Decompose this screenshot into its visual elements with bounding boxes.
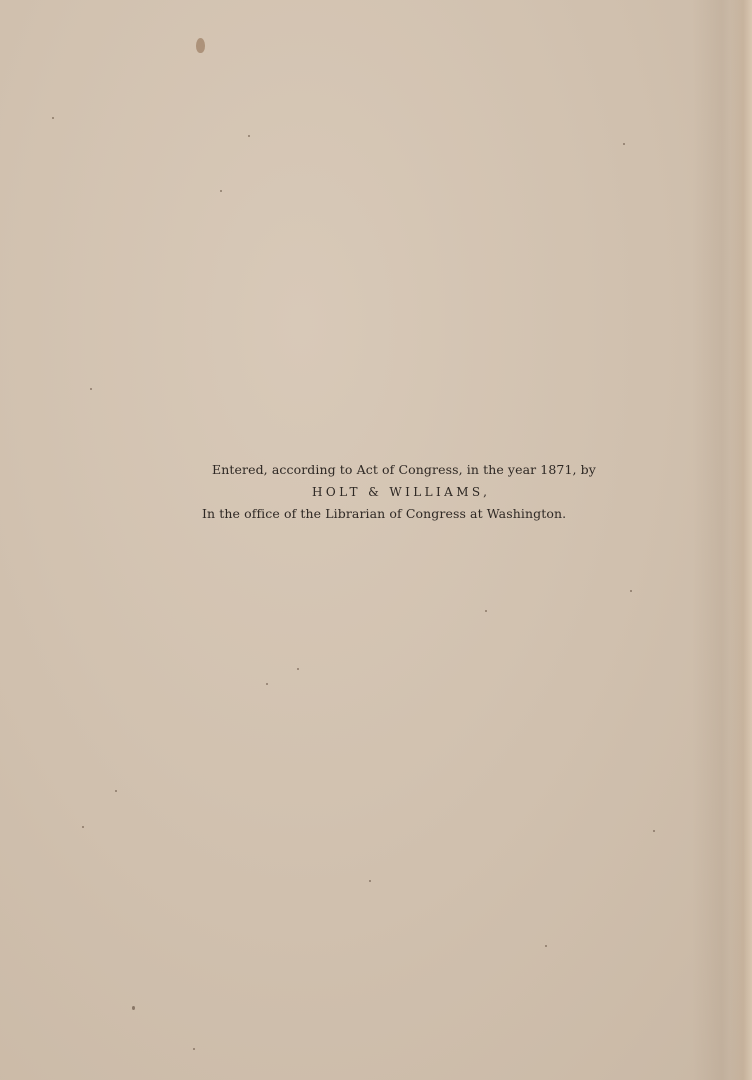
paper-speck: [297, 668, 299, 670]
paper-speck: [248, 135, 250, 137]
publisher-name: HOLT & WILLIAMS,: [190, 481, 640, 503]
paper-speck: [653, 830, 655, 832]
paper-speck: [115, 790, 117, 792]
paper-speck: [630, 590, 632, 592]
paper-speck: [52, 117, 54, 119]
ink-stain: [196, 38, 205, 53]
paper-speck: [193, 1048, 195, 1050]
copyright-notice: Entered, according to Act of Congress, i…: [190, 459, 640, 525]
book-page: Entered, according to Act of Congress, i…: [0, 0, 752, 1080]
copyright-entry-line: Entered, according to Act of Congress, i…: [190, 459, 640, 481]
paper-speck: [623, 143, 625, 145]
page-edge-shadow: [730, 0, 752, 1080]
paper-speck: [369, 880, 371, 882]
paper-speck: [90, 388, 92, 390]
paper-speck: [545, 945, 547, 947]
paper-speck: [220, 190, 222, 192]
paper-speck: [266, 683, 268, 685]
copyright-office-line: In the office of the Librarian of Congre…: [190, 503, 640, 525]
paper-speck: [132, 1006, 135, 1010]
paper-speck: [82, 826, 84, 828]
paper-speck: [485, 610, 487, 612]
